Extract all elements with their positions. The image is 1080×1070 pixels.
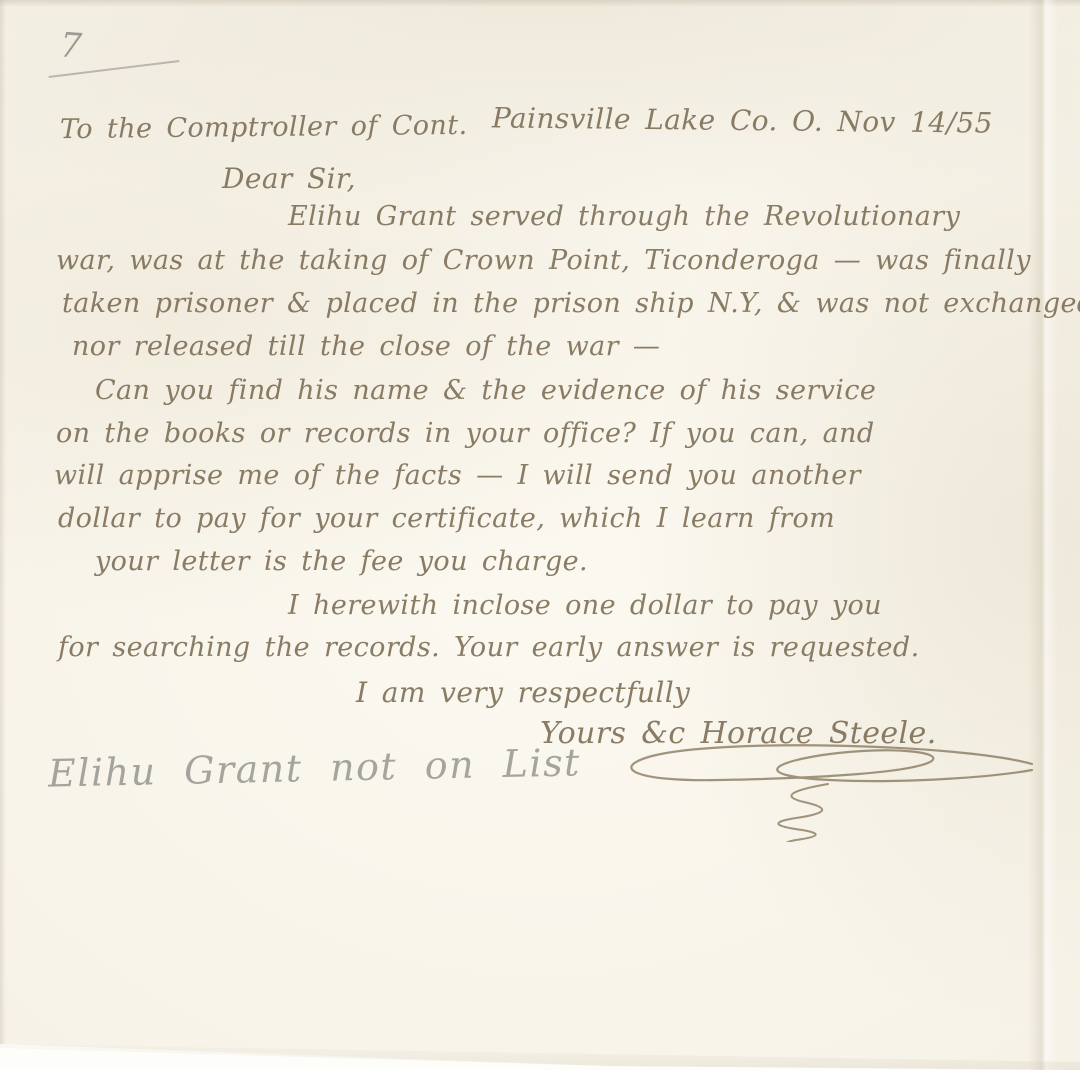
recipient-line: To the Comptroller of Cont. [60, 110, 468, 145]
paper-sheet [0, 0, 1080, 1070]
body-line: Can you find his name & the evidence of … [95, 375, 876, 406]
body-line: Elihu Grant served through the Revolutio… [288, 201, 960, 232]
body-line: taken prisoner & placed in the prison sh… [62, 288, 1080, 319]
body-line: will apprise me of the facts — I will se… [54, 460, 861, 491]
body-line: war, was at the taking of Crown Point, T… [56, 245, 1031, 276]
body-line: your letter is the fee you charge. [95, 546, 588, 577]
body-line: for searching the records. Your early an… [58, 632, 920, 663]
salutation: Dear Sir, [222, 162, 356, 195]
body-line: nor released till the close of the war — [72, 331, 660, 362]
letter-scan: 7 To the Comptroller of Cont. Painsville… [0, 0, 1080, 1070]
body-line: I herewith inclose one dollar to pay you [288, 590, 882, 621]
page-number-note: 7 [59, 25, 84, 66]
body-line: on the books or records in your office? … [56, 418, 875, 449]
body-line: dollar to pay for your certificate, whic… [58, 503, 835, 534]
paper-edge-top [0, 0, 1080, 7]
paper-edge-left [0, 0, 6, 1044]
paper-fold-crease [1028, 0, 1058, 1070]
signature-flourish-icon [600, 742, 1040, 842]
closing-line: I am very respectfully [356, 676, 690, 709]
dateline: Painsville Lake Co. O. Nov 14/55 [492, 101, 993, 139]
